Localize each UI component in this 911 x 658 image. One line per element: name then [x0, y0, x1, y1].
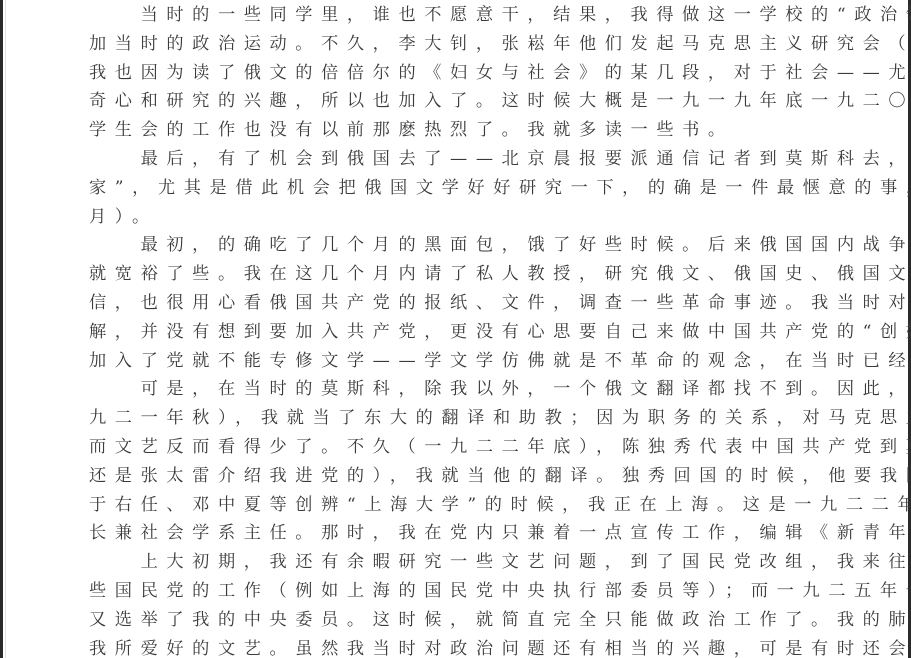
text-line: 上大初期，我还有余暇研究一些文艺问题，到了国民党改组，我来往上海广州之间，当翻译… [89, 548, 829, 577]
text-line: 于右任、邓中夏等创辨“上海大学”的时候，我正在上海。这是一九二二年夏天。他们请我… [89, 491, 829, 520]
text-line: 学生会的工作也没有以前那麽热烈了。我就多读一些书。 [89, 116, 829, 145]
text-line: 我所爱好的文艺。虽然我当时对政治问题还有相当的兴趣，可是有时还会怀念着文艺而“怅… [89, 635, 829, 658]
text-line: 当时的一些同学里，谁也不愿意干，结果，我得做这一学校的“政治领袖”，我得组织同学… [89, 1, 829, 30]
text-line: 我也因为读了俄文的倍倍尔的《妇女与社会》的某几段，对于社会——尤其是社会主义最终… [89, 59, 829, 88]
paragraph-4: 可是，在当时的莫斯科，除我以外，一个俄文翻译都找不到。因此，东方大学开办中国班的… [89, 375, 829, 548]
text-line: 最后，有了机会到俄国去了——北京晨报要派通信记者到莫斯科去，来找我。我想，看一看… [89, 145, 829, 174]
text-line: 可是，在当时的莫斯科，除我以外，一个俄文翻译都找不到。因此，东方大学开办中国班的… [89, 375, 829, 404]
paragraph-5: 上大初期，我还有余暇研究一些文艺问题，到了国民党改组，我来往上海广州之间，当翻译… [89, 548, 829, 658]
paragraph-2: 最后，有了机会到俄国去了——北京晨报要派通信记者到莫斯科去，来找我。我想，看一看… [89, 145, 829, 231]
paragraph-1: 当时的一些同学里，谁也不愿意干，结果，我得做这一学校的“政治领袖”，我得组织同学… [89, 1, 829, 145]
text-line: 些国民党的工作（例如上海的国民党中央执行部委员等）；而一九二五年一月共产党第四次… [89, 577, 829, 606]
text-line: 最初，的确吃了几个月的黑面包，饿了好些时候。后来俄国国内战争停止，新经济政策实行… [89, 231, 829, 260]
text-line: 长兼社会学系主任。那时，我在党内只兼着一点宣传工作，编辑《新青年》。 [89, 519, 829, 548]
text-line: 而文艺反而看得少了。不久（一九二二年底），陈独秀代表中国共产党到莫斯科（那时我已… [89, 433, 829, 462]
text-line: 月）。 [89, 203, 829, 232]
text-line: 加当时的政治运动。不久，李大钊，张崧年他们发起马克思主义研究会（或是“俄罗斯研究… [89, 30, 829, 59]
text-line: 加入了党就不能专修文学——学文学仿佛就是不革命的观念，在当时已经通行了。 [89, 347, 829, 376]
text-line: 又选举了我的中央委员。这时候，就简直完全只能做政治工作了。我的肺病又不时发作，更… [89, 606, 829, 635]
text-line: 家”，尤其是借此机会把俄国文学好好研究一下，的确是一件最惬意的事，于是就动身去（… [89, 174, 829, 203]
text-line: 奇心和研究的兴趣，所以也加入了。这时候大概是一九一九年底一九二〇年初，学生运动正… [89, 87, 829, 116]
text-line: 就宽裕了些。我在这几个月内请了私人教授，研究俄文、俄国史、俄国文学史；同时，为着… [89, 260, 829, 289]
text-line: 九二一年秋），我就当了东大的翻译和助教；因为职务的关系，对马克思主义的理论书籍不… [89, 404, 829, 433]
text-line: 信，也很用心看俄国共产党的报纸、文件，调查一些革命事迹。我当时对于共产主义只有同… [89, 289, 829, 318]
text-line: 解，并没有想到要加入共产党，更没有心思要自己来做中国共产党的“创始人”。因为那时… [89, 318, 829, 347]
text-line: 还是张太雷介绍我进党的），我就当他的翻译。独秀回国的时候，他要我回去工作，我就同… [89, 462, 829, 491]
left-page-border [0, 0, 3, 658]
paragraph-3: 最初，的确吃了几个月的黑面包，饿了好些时候。后来俄国国内战争停止，新经济政策实行… [89, 231, 829, 375]
left-page-edge-line [5, 0, 6, 658]
document-page: 当时的一些同学里，谁也不愿意干，结果，我得做这一学校的“政治领袖”，我得组织同学… [89, 1, 829, 658]
